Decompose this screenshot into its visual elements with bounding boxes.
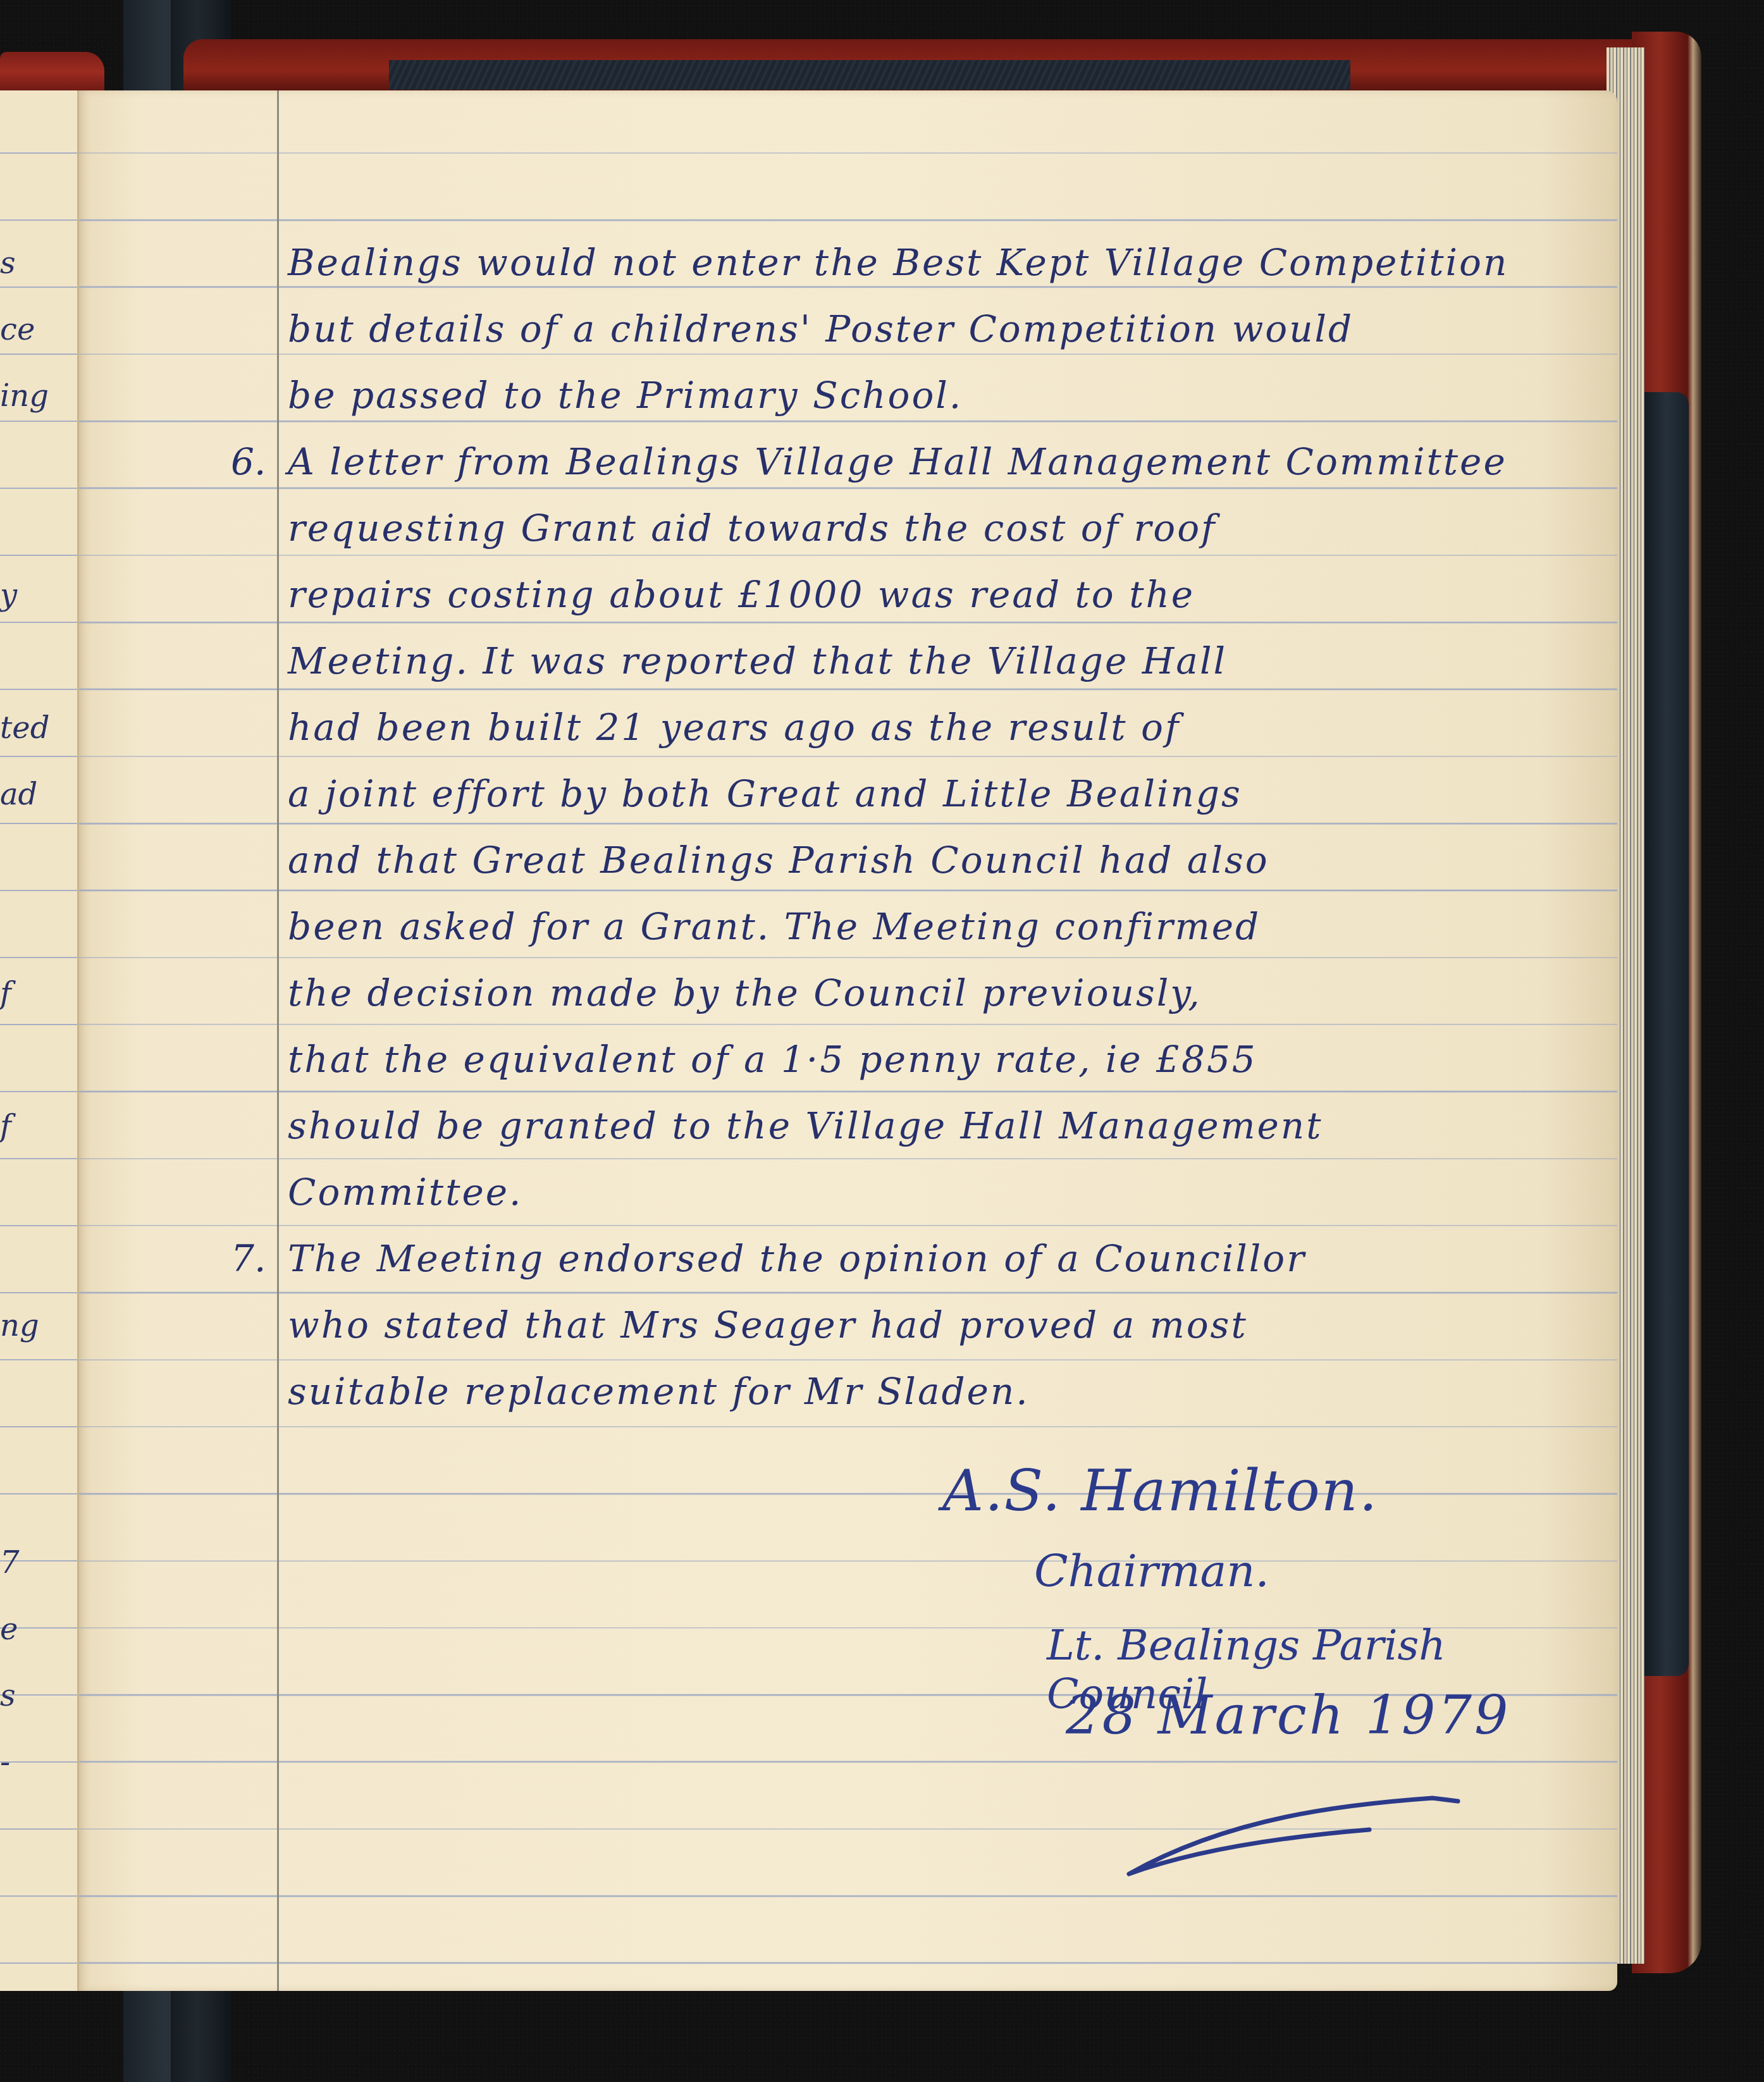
- fragment: ing: [0, 378, 49, 414]
- text-line: and that Great Bealings Parish Council h…: [288, 827, 1667, 894]
- minute-item-7: The Meeting endorsed the opinion of a Co…: [288, 1226, 1667, 1425]
- fragment: -: [0, 1744, 10, 1780]
- left-page: s ce ing y ted ad f f ng 7 e s -: [0, 90, 79, 1991]
- text-line: The Meeting endorsed the opinion of a Co…: [288, 1226, 1667, 1292]
- text-line: been asked for a Grant. The Meeting conf…: [288, 894, 1667, 960]
- fragment: ce: [0, 312, 35, 347]
- text-line: who stated that Mrs Seager had proved a …: [288, 1292, 1667, 1358]
- item-number: 7.: [231, 1226, 266, 1292]
- signature-title: Chairman.: [1034, 1545, 1269, 1597]
- signature-flourish-icon: [1104, 1766, 1546, 1893]
- fragment: ted: [0, 710, 49, 746]
- fragment: y: [0, 577, 17, 613]
- text-line: that the equivalent of a 1·5 penny rate,…: [288, 1026, 1667, 1093]
- text-line: but details of a childrens' Poster Compe…: [288, 296, 1667, 362]
- binding-cloth-top: [389, 60, 1350, 90]
- text-line: requesting Grant aid towards the cost of…: [288, 495, 1667, 562]
- text-line: should be granted to the Village Hall Ma…: [288, 1093, 1667, 1159]
- fragment: 7: [0, 1545, 20, 1580]
- continuation-paragraph: Bealings would not enter the Best Kept V…: [288, 230, 1667, 429]
- text-line: be passed to the Primary School.: [288, 362, 1667, 429]
- fragment: ad: [0, 777, 37, 812]
- text-line: had been built 21 years ago as the resul…: [288, 694, 1667, 761]
- signature-date: 28 March 1979: [1066, 1684, 1510, 1746]
- binding-top-left: [0, 52, 104, 91]
- fragment: s: [0, 245, 16, 281]
- fragment: f: [0, 976, 11, 1011]
- text-line: suitable replacement for Mr Sladen.: [288, 1358, 1667, 1425]
- text-line: the decision made by the Council previou…: [288, 960, 1667, 1026]
- text-line: A letter from Bealings Village Hall Mana…: [288, 429, 1667, 495]
- minute-item-6: A letter from Bealings Village Hall Mana…: [288, 429, 1667, 1226]
- left-page-text-fragments: s ce ing y ted ad f f ng 7 e s -: [0, 90, 77, 1991]
- text-line: repairs costing about £1000 was read to …: [288, 562, 1667, 628]
- item-number: 6.: [231, 429, 266, 495]
- margin-line: [277, 90, 279, 1991]
- fragment: s: [0, 1678, 16, 1713]
- text-line: Bealings would not enter the Best Kept V…: [288, 230, 1667, 296]
- fragment: e: [0, 1611, 18, 1647]
- right-page: Bealings would not enter the Best Kept V…: [79, 90, 1617, 1991]
- fragment: f: [0, 1109, 11, 1144]
- fragment: ng: [0, 1308, 39, 1343]
- text-line: a joint effort by both Great and Little …: [288, 761, 1667, 827]
- text-line: Committee.: [288, 1159, 1667, 1226]
- text-line: Meeting. It was reported that the Villag…: [288, 628, 1667, 694]
- signature-name: A.S. Hamilton.: [942, 1458, 1378, 1524]
